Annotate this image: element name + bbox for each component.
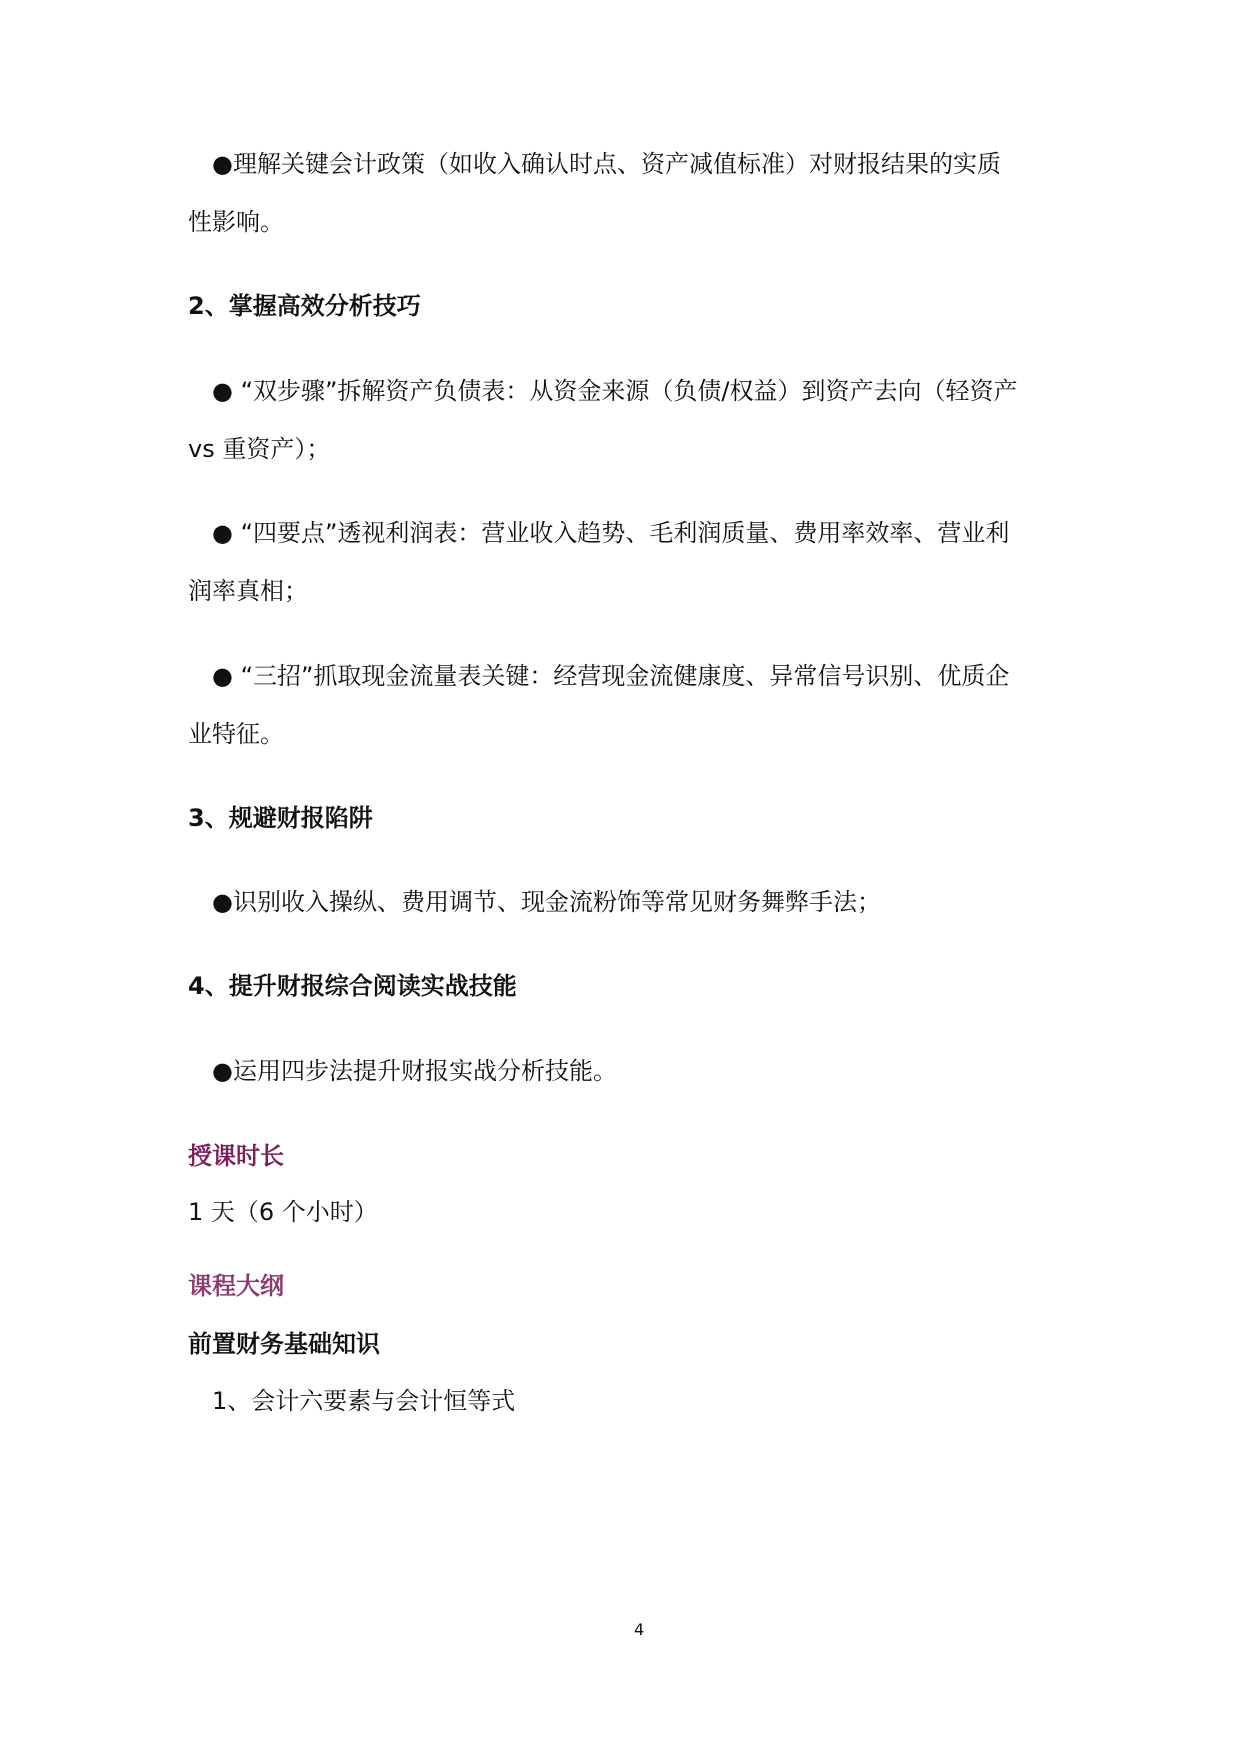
- page-number: 4: [634, 1620, 644, 1639]
- bullet-cash-flow-line1: ● “三招”抓取现金流量表关键：经营现金流健康度、异常信号识别、优质企: [212, 660, 1009, 692]
- bullet-four-step-method: ●运用四步法提升财报实战分析技能。: [212, 1055, 617, 1087]
- bullet-accounting-policy-line1: ●理解关键会计政策（如收入确认时点、资产减值标准）对财报结果的实质: [212, 148, 1001, 180]
- outline-subtitle: 前置财务基础知识: [188, 1328, 380, 1360]
- heading-practical-skills: 4、提升财报综合阅读实战技能: [188, 970, 517, 1002]
- bullet-balance-sheet-line1: ● “双步骤”拆解资产负债表：从资金来源（负债/权益）到资产去向（轻资产: [212, 375, 1018, 407]
- bullet-cash-flow-line2: 业特征。: [188, 718, 284, 750]
- heading-avoid-traps: 3、规避财报陷阱: [188, 802, 373, 834]
- outline-item-1: 1、会计六要素与会计恒等式: [212, 1385, 515, 1417]
- bullet-balance-sheet-line2: vs 重资产）；: [188, 433, 330, 465]
- bullet-fraud-methods: ●识别收入操纵、费用调节、现金流粉饰等常见财务舞弊手法；: [212, 886, 881, 918]
- bullet-accounting-policy-line2: 性影响。: [188, 206, 284, 238]
- duration-value: 1 天（6 个小时）: [188, 1196, 378, 1228]
- heading-analysis-skills: 2、掌握高效分析技巧: [188, 290, 421, 322]
- section-title-duration: 授课时长: [188, 1140, 284, 1172]
- section-title-outline: 课程大纲: [188, 1270, 284, 1302]
- bullet-income-statement-line1: ● “四要点”透视利润表：营业收入趋势、毛利润质量、费用率效率、营业利: [212, 517, 1009, 549]
- bullet-income-statement-line2: 润率真相；: [188, 575, 308, 607]
